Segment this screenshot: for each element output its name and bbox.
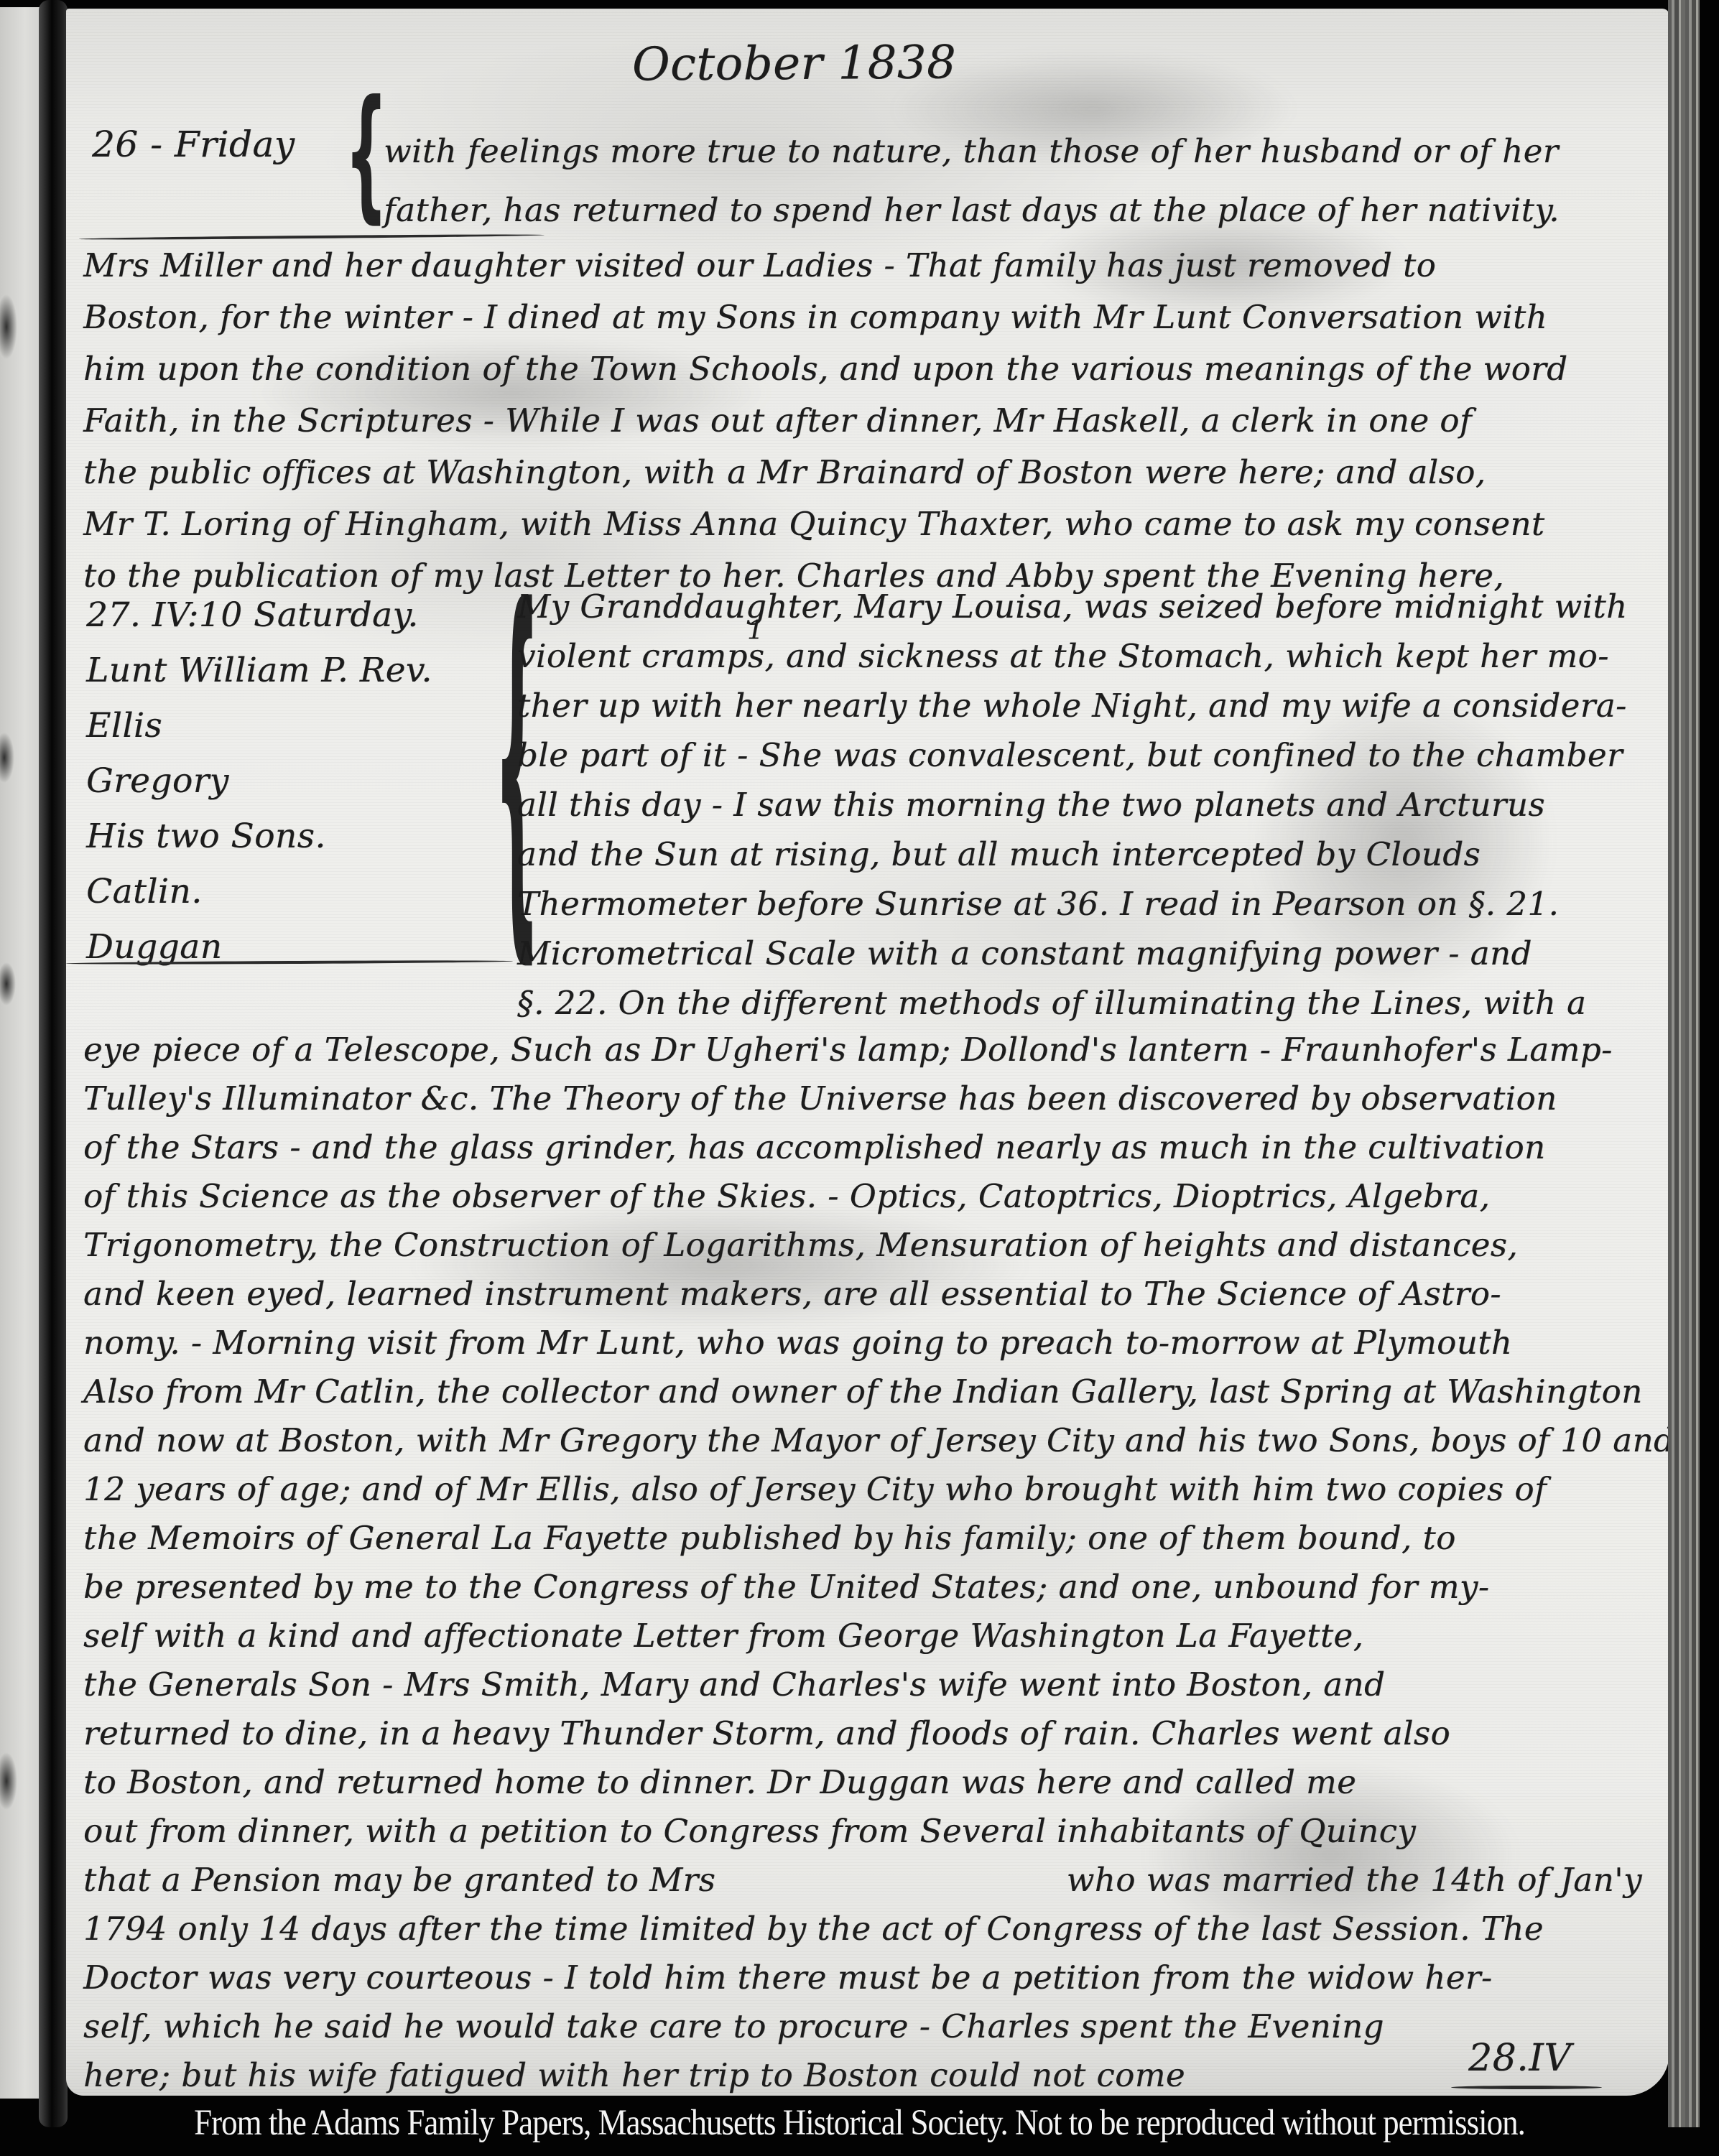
manuscript-line: Trigonometry, the Construction of Logari…: [83, 1221, 1674, 1270]
manuscript-line: of this Science as the observer of the S…: [83, 1172, 1674, 1221]
manuscript-line: with feelings more true to nature, than …: [384, 122, 1560, 181]
ink-bleed-mark: [0, 294, 17, 359]
page-number: 28.IV: [1468, 2037, 1571, 2080]
saturday-margin-column: 27. IV:10 Saturday.Lunt William P. Rev.E…: [86, 587, 432, 975]
continuation-lines: eye piece of a Telescope, Such as Dr Ugh…: [83, 1026, 1674, 2100]
manuscript-line: and the Sun at rising, but all much inte…: [517, 830, 1628, 879]
manuscript-line: Thermometer before Sunrise at 36. I read…: [517, 879, 1628, 929]
manuscript-line: eye piece of a Telescope, Such as Dr Ugh…: [83, 1026, 1674, 1074]
manuscript-line: violent cramps, and sickness at the Stom…: [517, 631, 1628, 681]
manuscript-line: the Generals Son - Mrs Smith, Mary and C…: [83, 1660, 1674, 1709]
page-edge-stripes: [1668, 0, 1700, 2127]
manuscript-line: here; but his wife fatigued with her tri…: [83, 2051, 1674, 2100]
binding-gutter: [39, 0, 68, 2127]
manuscript-line: ble part of it - She was convalescent, b…: [517, 730, 1628, 780]
manuscript-line: Micrometrical Scale with a constant magn…: [517, 929, 1628, 978]
manuscript-line: Also from Mr Catlin, the collector and o…: [83, 1367, 1674, 1416]
manuscript-line: self, which he said he would take care t…: [83, 2002, 1674, 2051]
manuscript-line: 27. IV:10 Saturday.: [86, 587, 432, 643]
manuscript-line: him upon the condition of the Town Schoo…: [83, 343, 1568, 395]
manuscript-line: returned to dine, in a heavy Thunder Sto…: [83, 1709, 1674, 1758]
manuscript-line: Mr T. Loring of Hingham, with Miss Anna …: [83, 498, 1568, 550]
manuscript-line: of the Stars - and the glass grinder, ha…: [83, 1123, 1674, 1172]
page-number-underline: [1451, 2086, 1602, 2089]
manuscript-line: Tulley's Illuminator &c. The Theory of t…: [83, 1074, 1674, 1123]
manuscript-line: Faith, in the Scriptures - While I was o…: [83, 395, 1568, 447]
manuscript-line: 1794 only 14 days after the time limited…: [83, 1905, 1674, 1953]
manuscript-line: Ellis: [86, 698, 432, 753]
manuscript-line: Mrs Miller and her daughter visited our …: [83, 240, 1568, 292]
manuscript-line: Catlin.: [86, 864, 432, 919]
manuscript-line: the Memoirs of General La Fayette publis…: [83, 1514, 1674, 1563]
manuscript-line: to Boston, and returned home to dinner. …: [83, 1758, 1674, 1807]
facing-page-sliver: [0, 7, 42, 2099]
ink-bleed-mark: [0, 962, 16, 1005]
manuscript-line: nomy. - Morning visit from Mr Lunt, who …: [83, 1319, 1674, 1367]
friday-entry-date: 26 - Friday: [92, 124, 295, 165]
ink-bleed-mark: [0, 733, 14, 783]
manuscript-line: His two Sons.: [86, 809, 432, 864]
manuscript-line: Boston, for the winter - I dined at my S…: [83, 292, 1568, 343]
manuscript-line: §. 22. On the different methods of illum…: [517, 978, 1628, 1028]
manuscript-line: father, has returned to spend her last d…: [384, 181, 1560, 240]
manuscript-line: My Granddaughter, Mary Louisa, was seize…: [517, 582, 1628, 631]
month-header: October 1838: [632, 36, 957, 91]
manuscript-scan: October 1838 26 - Friday { with feelings…: [0, 0, 1719, 2156]
archive-caption: From the Adams Family Papers, Massachuse…: [0, 2101, 1719, 2143]
manuscript-line: Lunt William P. Rev.: [86, 643, 432, 698]
manuscript-line: the public offices at Washington, with a…: [83, 447, 1568, 498]
manuscript-line: ther up with her nearly the whole Night,…: [517, 681, 1628, 730]
saturday-entry-lines: My Granddaughter, Mary Louisa, was seize…: [517, 582, 1628, 1028]
manuscript-line: all this day - I saw this morning the tw…: [517, 780, 1628, 830]
friday-body-lines: Mrs Miller and her daughter visited our …: [83, 240, 1568, 602]
manuscript-line: 12 years of age; and of Mr Ellis, also o…: [83, 1465, 1674, 1514]
opening-brace-icon: {: [345, 82, 388, 226]
ink-bleed-mark: [0, 1752, 17, 1810]
manuscript-line: Gregory: [86, 753, 432, 809]
manuscript-line: self with a kind and affectionate Letter…: [83, 1612, 1674, 1660]
manuscript-line: and now at Boston, with Mr Gregory the M…: [83, 1416, 1674, 1465]
manuscript-line: that a Pension may be granted to Mrs who…: [83, 1856, 1674, 1905]
manuscript-line: out from dinner, with a petition to Cong…: [83, 1807, 1674, 1856]
friday-hanging-lines: with feelings more true to nature, than …: [384, 122, 1560, 240]
manuscript-line: Duggan: [86, 919, 432, 975]
manuscript-line: be presented by me to the Congress of th…: [83, 1563, 1674, 1612]
manuscript-page: October 1838 26 - Friday { with feelings…: [66, 9, 1669, 2096]
manuscript-line: Doctor was very courteous - I told him t…: [83, 1953, 1674, 2002]
manuscript-line: and keen eyed, learned instrument makers…: [83, 1270, 1674, 1319]
